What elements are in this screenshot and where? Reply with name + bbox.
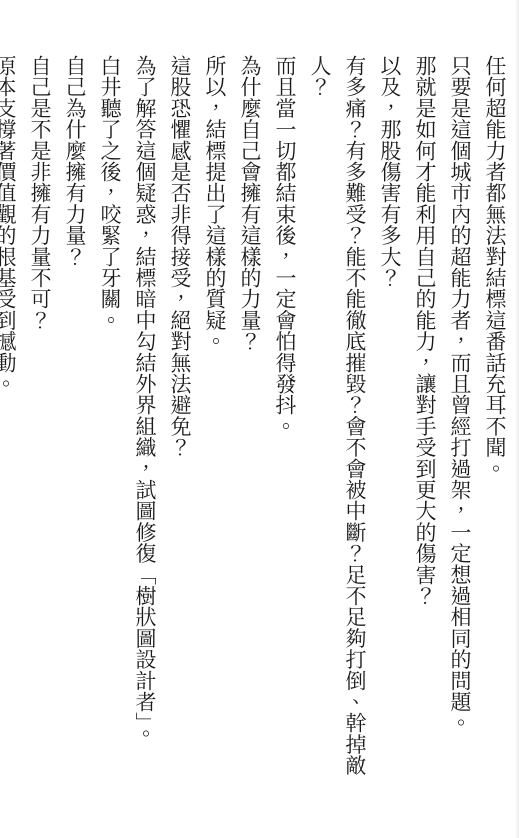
paragraph: 所以，結標提出了這樣的質疑。 [197,55,232,818]
paragraph: 而且當一切都結束後，一定會怕得發抖。 [267,55,302,818]
paragraph: 有多痛？有多難受？能不能徹底摧毀？會不會被中斷？足不足夠打倒、幹掉敵人？ [302,55,372,818]
paragraph: 只要是這個城市內的超能力者，而且曾經打過架，一定想過相同的問題。 [442,55,477,818]
novel-page: 任何超能力者都無法對結標這番話充耳不聞。 只要是這個城市內的超能力者，而且曾經打… [0,0,519,838]
paragraph: 為什麼自己會擁有這樣的力量？ [232,55,267,818]
paragraph: 為了解答這個疑惑，結標暗中勾結外界組織，試圖修復「樹狀圖設計者」。 [127,55,162,818]
paragraph: 白井聽了之後，咬緊了牙關。 [92,55,127,818]
paragraph: 原本支撐著價值觀的根基受到撼動。 [0,55,22,818]
paragraph: 自己是不是非擁有力量不可？ [22,55,57,818]
paragraph: 那就是如何才能利用自己的能力，讓對手受到更大的傷害？ [407,55,442,818]
paragraph: 自己為什麼擁有力量？ [57,55,92,818]
paragraph: 任何超能力者都無法對結標這番話充耳不聞。 [477,55,512,818]
paragraph: 這股恐懼感是否非得接受，絕對無法避免？ [162,55,197,818]
paragraph: 以及，那股傷害有多大？ [372,55,407,818]
